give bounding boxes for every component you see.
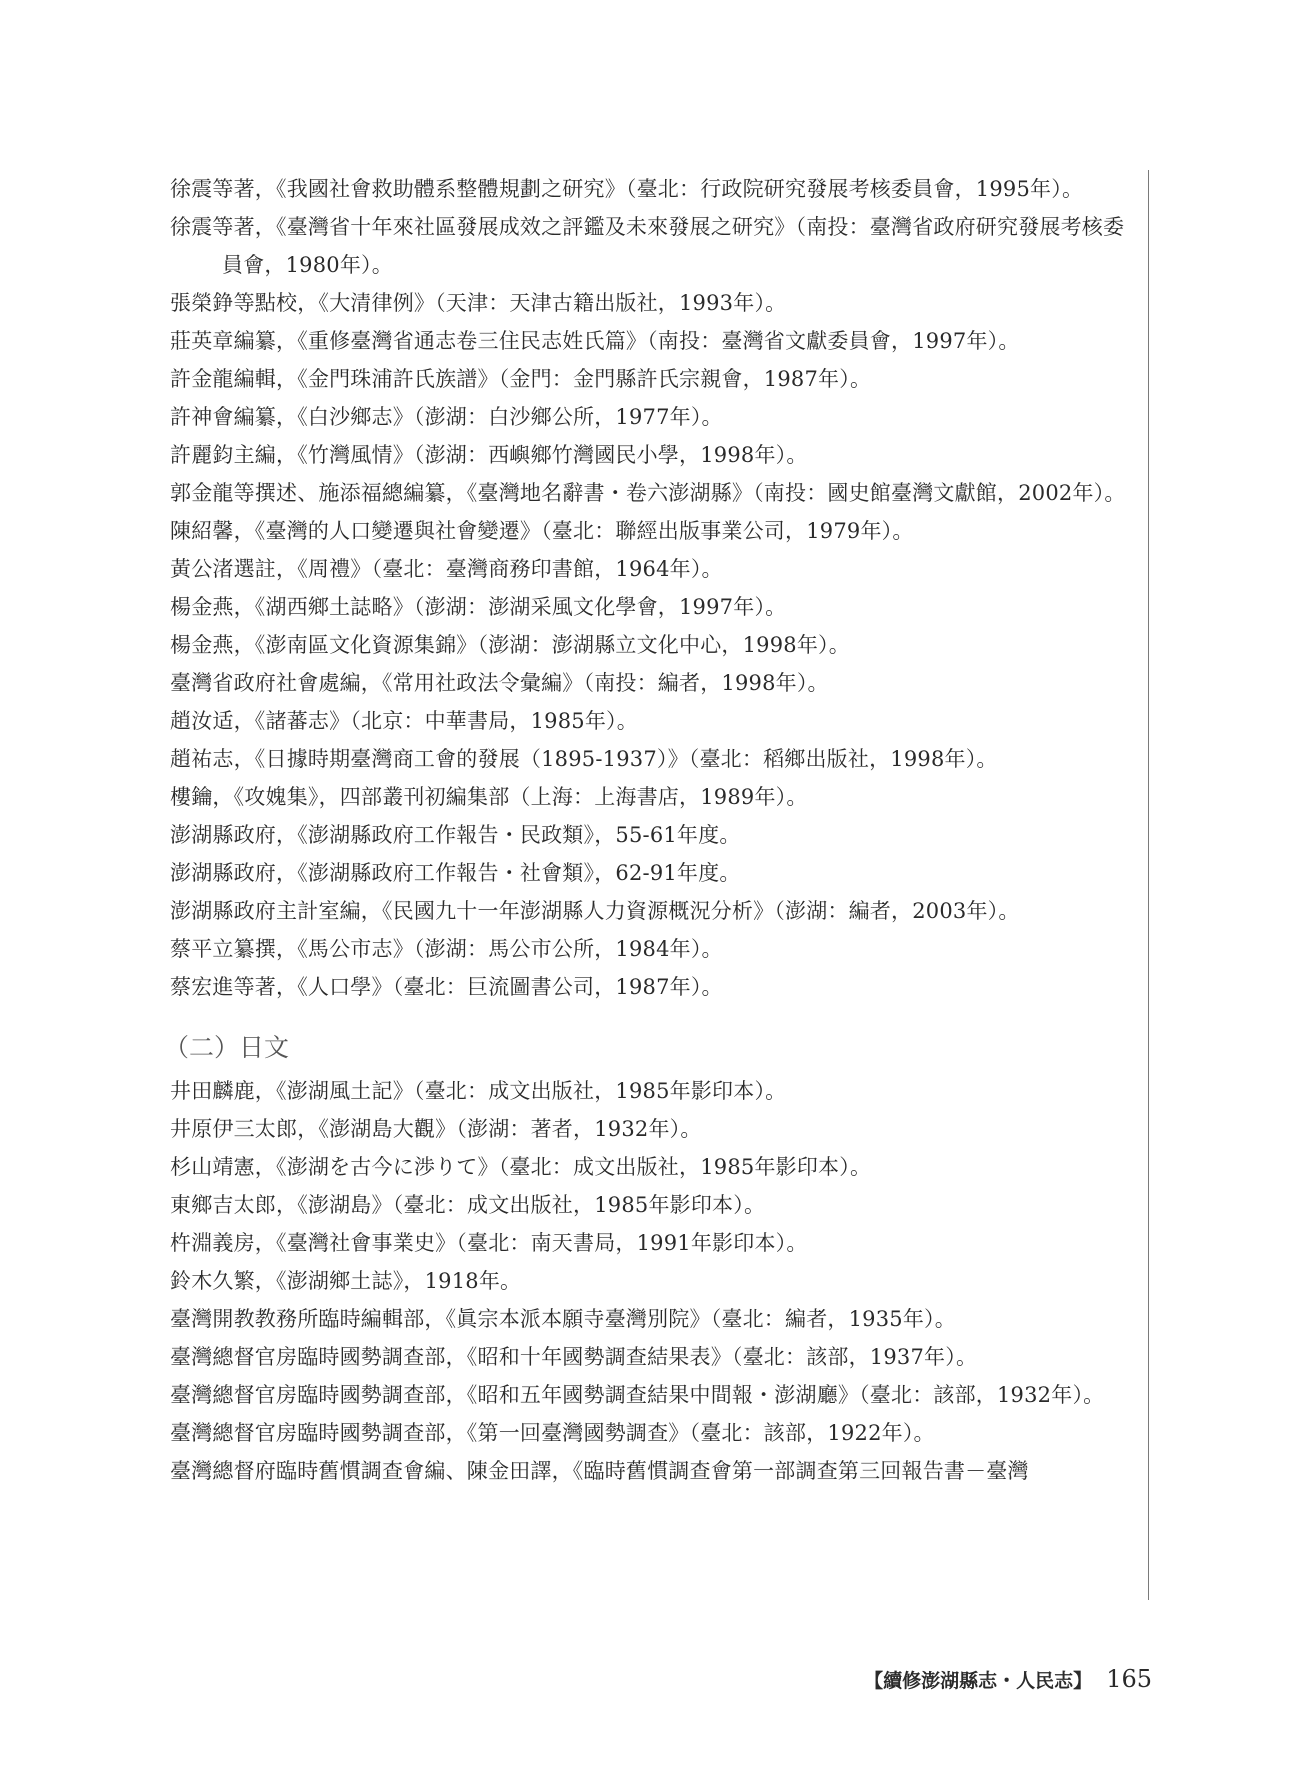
bibliography-entry: 澎湖縣政府主計室編，《民國九十一年澎湖縣人力資源概況分析》（澎湖：編者，2003…	[170, 892, 1135, 930]
bibliography-entry: 臺灣總督官房臨時國勢調查部，《第一回臺灣國勢調查》（臺北：該部，1922年）。	[170, 1414, 1135, 1452]
bibliography-entry: 澎湖縣政府，《澎湖縣政府工作報告・民政類》，55-61年度。	[170, 816, 1135, 854]
bibliography-entry: 趙祐志，《日據時期臺灣商工會的發展（1895-1937）》（臺北：稻鄉出版社，1…	[170, 740, 1135, 778]
bibliography-entry: 臺灣省政府社會處編，《常用社政法令彙編》（南投：編者，1998年）。	[170, 664, 1135, 702]
bibliography-entry: 杉山靖憲，《澎湖を古今に渉りて》（臺北：成文出版社，1985年影印本）。	[170, 1148, 1135, 1186]
chinese-bibliography-list: 徐震等著，《我國社會救助體系整體規劃之研究》（臺北：行政院研究發展考核委員會，1…	[170, 170, 1135, 1006]
bibliography-entry: 楊金燕，《澎南區文化資源集錦》（澎湖：澎湖縣立文化中心，1998年）。	[170, 626, 1135, 664]
bibliography-entry: 郭金龍等撰述、施添福總編纂，《臺灣地名辭書・卷六澎湖縣》（南投：國史館臺灣文獻館…	[170, 474, 1135, 512]
bibliography-entry: 臺灣開教教務所臨時編輯部，《眞宗本派本願寺臺灣別院》（臺北：編者，1935年）。	[170, 1300, 1135, 1338]
bibliography-entry: 蔡宏進等著，《人口學》（臺北：巨流圖書公司，1987年）。	[170, 968, 1135, 1006]
bibliography-column: 徐震等著，《我國社會救助體系整體規劃之研究》（臺北：行政院研究發展考核委員會，1…	[170, 170, 1135, 1490]
bibliography-entry: 莊英章編纂，《重修臺灣省通志卷三住民志姓氏篇》（南投：臺灣省文獻委員會，1997…	[170, 322, 1135, 360]
bibliography-entry: 澎湖縣政府，《澎湖縣政府工作報告・社會類》，62-91年度。	[170, 854, 1135, 892]
section-heading: （二）日文	[164, 1028, 1135, 1068]
bibliography-entry: 東鄉吉太郎，《澎湖島》（臺北：成文出版社，1985年影印本）。	[170, 1186, 1135, 1224]
bibliography-entry: 許金龍編輯，《金門珠浦許氏族譜》（金門：金門縣許氏宗親會，1987年）。	[170, 360, 1135, 398]
page-number: 165	[1106, 1665, 1152, 1693]
bibliography-entry: 徐震等著，《我國社會救助體系整體規劃之研究》（臺北：行政院研究發展考核委員會，1…	[170, 170, 1135, 208]
bibliography-entry: 許麗鈞主編，《竹灣風情》（澎湖：西嶼鄉竹灣國民小學，1998年）。	[170, 436, 1135, 474]
bibliography-entry: 蔡平立纂撰，《馬公市志》（澎湖：馬公市公所，1984年）。	[170, 930, 1135, 968]
bibliography-entry: 徐震等著，《臺灣省十年來社區發展成效之評鑑及未來發展之研究》（南投：臺灣省政府研…	[170, 208, 1135, 284]
book-title: 【續修澎湖縣志・人民志】	[864, 1670, 1092, 1692]
bibliography-entry: 臺灣總督官房臨時國勢調查部，《昭和五年國勢調查結果中間報・澎湖廳》（臺北：該部，…	[170, 1376, 1135, 1414]
bibliography-entry: 張榮錚等點校，《大清律例》（天津：天津古籍出版社，1993年）。	[170, 284, 1135, 322]
bibliography-entry: 黃公渚選註，《周禮》（臺北：臺灣商務印書館，1964年）。	[170, 550, 1135, 588]
bibliography-entry: 鈴木久繁，《澎湖鄉土誌》，1918年。	[170, 1262, 1135, 1300]
page-footer: 【續修澎湖縣志・人民志】165	[864, 1665, 1152, 1693]
bibliography-entry: 楊金燕，《湖西鄉土誌略》（澎湖：澎湖采風文化學會，1997年）。	[170, 588, 1135, 626]
bibliography-entry: 許神會編纂，《白沙鄉志》（澎湖：白沙鄉公所，1977年）。	[170, 398, 1135, 436]
margin-rule	[1148, 170, 1149, 1600]
japanese-bibliography-list: 井田麟鹿，《澎湖風土記》（臺北：成文出版社，1985年影印本）。 井原伊三太郎，…	[170, 1072, 1135, 1490]
bibliography-entry: 陳紹馨，《臺灣的人口變遷與社會變遷》（臺北：聯經出版事業公司，1979年）。	[170, 512, 1135, 550]
bibliography-entry: 井田麟鹿，《澎湖風土記》（臺北：成文出版社，1985年影印本）。	[170, 1072, 1135, 1110]
bibliography-entry: 臺灣總督官房臨時國勢調查部，《昭和十年國勢調查結果表》（臺北：該部，1937年）…	[170, 1338, 1135, 1376]
bibliography-entry: 臺灣總督府臨時舊慣調查會編、陳金田譯，《臨時舊慣調查會第一部調查第三回報告書－臺…	[170, 1452, 1135, 1490]
bibliography-entry: 趙汝适，《諸蕃志》（北京：中華書局，1985年）。	[170, 702, 1135, 740]
bibliography-entry: 井原伊三太郎，《澎湖島大觀》（澎湖：著者，1932年）。	[170, 1110, 1135, 1148]
bibliography-entry: 樓鑰，《攻媿集》，四部叢刊初編集部（上海：上海書店，1989年）。	[170, 778, 1135, 816]
bibliography-entry: 杵淵義房，《臺灣社會事業史》（臺北：南天書局，1991年影印本）。	[170, 1224, 1135, 1262]
document-page: 徐震等著，《我國社會救助體系整體規劃之研究》（臺北：行政院研究發展考核委員會，1…	[0, 0, 1300, 1779]
